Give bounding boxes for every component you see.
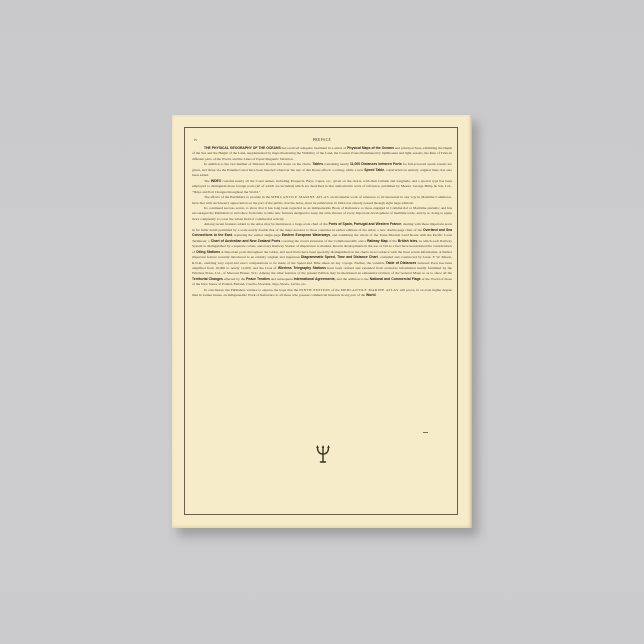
text-run: In conclusion, the Publishers venture to… bbox=[204, 288, 299, 292]
smallcaps-phrase: NINTH EDITION bbox=[299, 288, 330, 292]
running-head: iv PREFACE bbox=[192, 138, 452, 146]
text-run: contains nearly all the Coast names, inc… bbox=[192, 179, 452, 194]
text-run: In addition to the vast number of Distan… bbox=[204, 162, 312, 166]
bold-phrase: National and Commercial Flags bbox=[370, 277, 421, 281]
paragraph: The INDEX contains nearly all the Coast … bbox=[192, 179, 452, 195]
trident-icon bbox=[315, 444, 331, 464]
bold-phrase: Chart of Australian and New Zealand Port… bbox=[211, 239, 280, 243]
bold-phrase: Oiling Stations bbox=[196, 250, 220, 254]
printer-mark bbox=[423, 432, 428, 433]
text-run: The efforts of the Publishers to provide… bbox=[204, 195, 271, 199]
text-run: of the bbox=[330, 288, 341, 292]
text-run: . bbox=[376, 293, 377, 297]
canvas-print: iv PREFACE THE PHYSICAL GEOGRAPHY OF THE… bbox=[172, 115, 472, 528]
text-run: containing nearly bbox=[323, 162, 350, 166]
text-run: Its continued success serves to show tha… bbox=[192, 206, 452, 221]
bold-phrase: INDEX bbox=[211, 179, 221, 183]
bold-phrase: Eastern European Waterways bbox=[282, 233, 330, 237]
smallcaps-phrase: MERCANTILE MARINE ATLAS bbox=[341, 288, 399, 292]
bold-phrase: Table of Distances bbox=[386, 261, 417, 265]
bold-phrase: World bbox=[366, 293, 376, 297]
bold-phrase: 11,000 Distances between Ports bbox=[350, 162, 402, 166]
text-run: , replacing the earlier single-page bbox=[232, 233, 282, 237]
bold-phrase: British Isles bbox=[398, 239, 417, 243]
bold-phrase: Tables bbox=[312, 162, 323, 166]
text-run: covering the recent extension of the Com… bbox=[280, 239, 367, 243]
paragraph: THE PHYSICAL GEOGRAPHY OF THE OCEANS has… bbox=[192, 146, 452, 162]
running-title: PREFACE bbox=[192, 138, 452, 142]
bold-phrase: Physical Maps of the Oceans bbox=[347, 146, 394, 150]
canvas-side-edge bbox=[469, 115, 472, 528]
bold-phrase: THE PHYSICAL GEOGRAPHY OF THE OCEANS bbox=[204, 146, 281, 150]
text-run: and subsequent bbox=[270, 277, 294, 281]
document-page: iv PREFACE THE PHYSICAL GEOGRAPHY OF THE… bbox=[192, 138, 452, 299]
bold-phrase: Diagrammatic Speed, Time and Distance Ch… bbox=[301, 255, 378, 259]
bold-phrase: Ports of Spain, Portugal and Western Fra… bbox=[329, 222, 401, 226]
paragraph: In conclusion, the Publishers venture to… bbox=[192, 288, 452, 299]
paragraph: In addition to the vast number of Distan… bbox=[192, 162, 452, 178]
text-run: has received adequate treatment in a ser… bbox=[281, 146, 347, 150]
body-text: THE PHYSICAL GEOGRAPHY OF THE OCEANS has… bbox=[192, 146, 452, 299]
smallcaps-phrase: MERCANTILE MARINE ATLAS bbox=[271, 195, 329, 199]
bold-phrase: Speed Table bbox=[364, 168, 384, 172]
bold-phrase: Peace Treaties bbox=[246, 277, 270, 281]
text-run: The bbox=[204, 179, 211, 183]
bold-phrase: Railway Map bbox=[367, 239, 388, 243]
text-run: effected by the bbox=[223, 277, 246, 281]
paragraph: The efforts of the Publishers to provide… bbox=[192, 195, 452, 206]
paragraph: Its continued success serves to show tha… bbox=[192, 206, 452, 222]
bold-phrase: Wireless Telegraphy Stations bbox=[278, 266, 326, 270]
text-run: Among recent features added to the Atlas… bbox=[204, 222, 329, 226]
text-run: of the bbox=[388, 239, 398, 243]
bold-phrase: International Agreements bbox=[294, 277, 335, 281]
bold-phrase: Territorial Changes bbox=[192, 277, 223, 281]
text-run: ; and the addition to the bbox=[335, 277, 370, 281]
paragraph: Among recent features added to the Atlas… bbox=[192, 222, 452, 287]
